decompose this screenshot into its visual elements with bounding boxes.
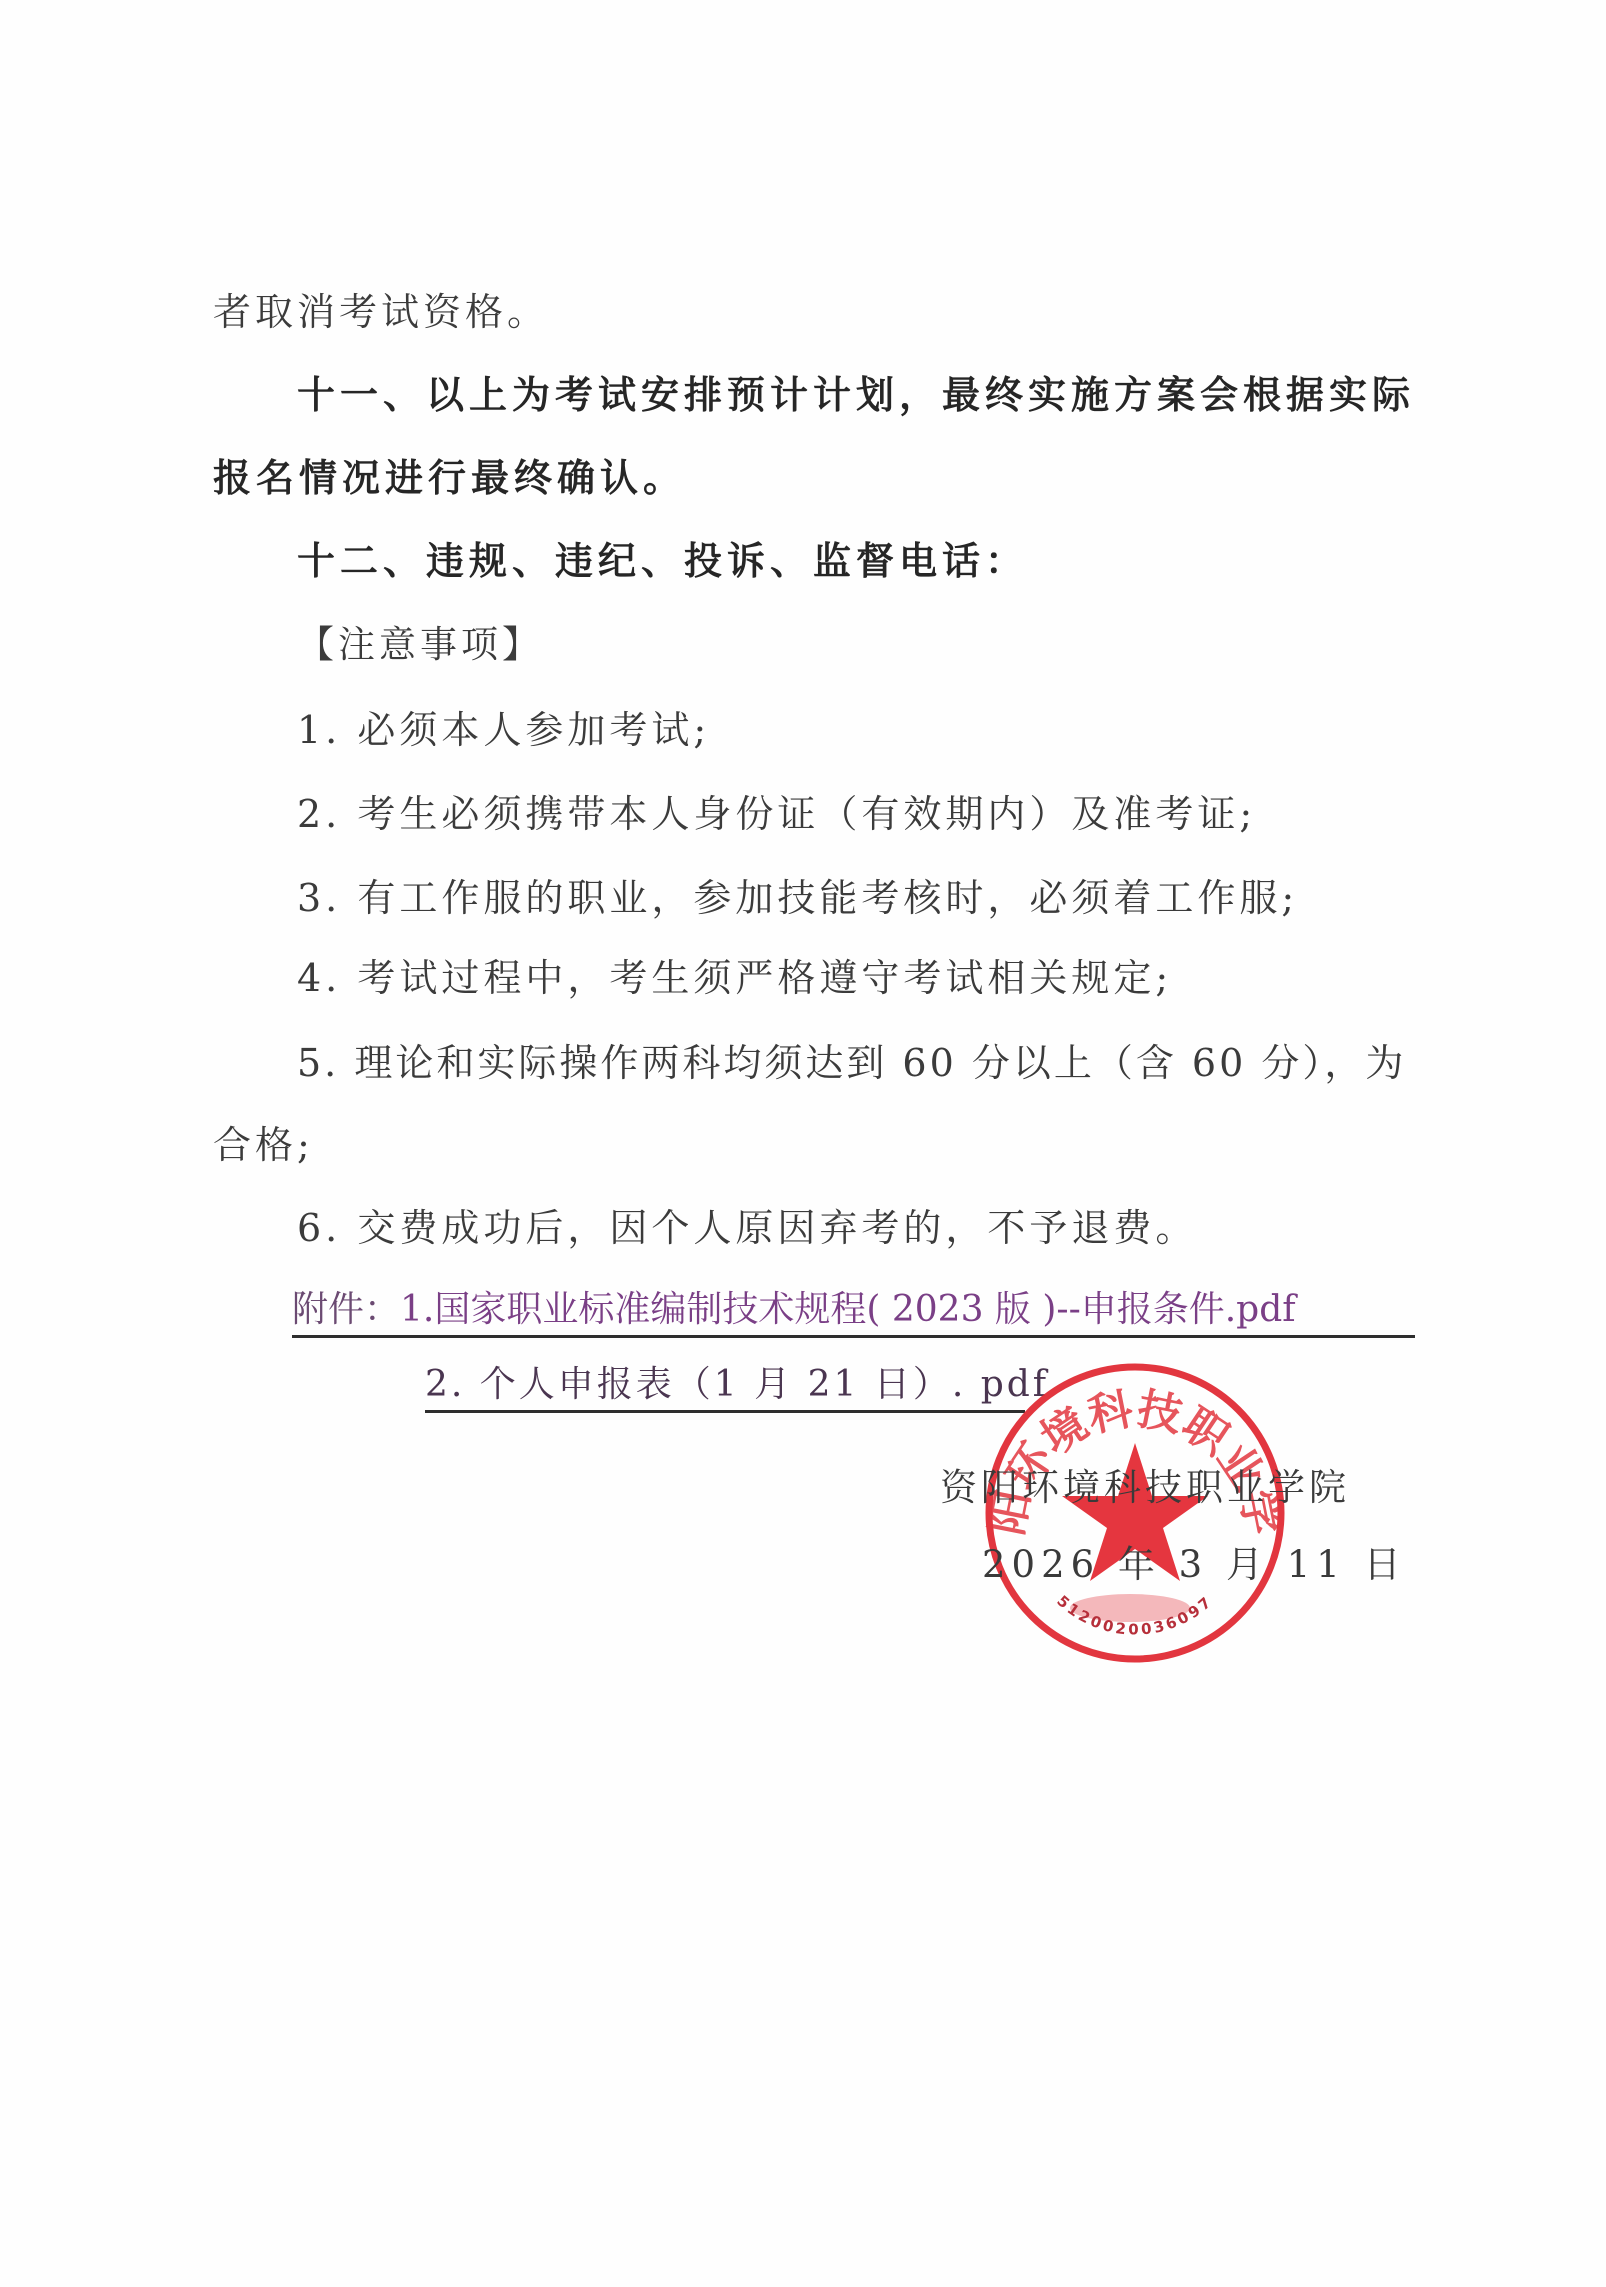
note-item-5-line2: 合格; [213, 1122, 314, 1168]
signature-organization: 资阳环境科技职业学院 [940, 1465, 1350, 1511]
note-item-1: 1. 必须本人参加考试; [297, 707, 710, 753]
paragraph-continuation: 者取消考试资格。 [213, 289, 549, 335]
attachment-link-1[interactable]: 附件：1.国家职业标准编制技术规程( 2023 版 )--申报条件.pdf [292, 1287, 1415, 1338]
paragraph-item-11-line2: 报名情况进行最终确认。 [213, 455, 686, 501]
attachment-link-2[interactable]: 2. 个人申报表（1 月 21 日）. pdf [425, 1362, 1025, 1413]
attachment-1-text: 1.国家职业标准编制技术规程( 2023 版 )--申报条件.pdf [400, 1289, 1296, 1330]
note-item-4: 4. 考试过程中，考生须严格遵守考试相关规定; [297, 955, 1172, 1001]
note-item-6: 6. 交费成功后，因个人原因弃考的，不予退费。 [297, 1205, 1197, 1251]
signature-date: 2026 年 3 月 11 日 [982, 1542, 1407, 1588]
paragraph-item-12: 十二、违规、违纪、投诉、监督电话： [297, 538, 1028, 584]
official-seal: 资阳环境科技职业学院 5120020036097 [980, 1358, 1290, 1668]
note-item-2: 2. 考生必须携带本人身份证（有效期内）及准考证; [297, 791, 1256, 837]
note-item-5-line1: 5. 理论和实际操作两科均须达到 60 分以上（含 60 分），为 [297, 1040, 1406, 1086]
seal-icon: 资阳环境科技职业学院 5120020036097 [980, 1358, 1290, 1668]
document-page: 者取消考试资格。 十一、以上为考试安排预计计划，最终实施方案会根据实际 报名情况… [0, 0, 1606, 2287]
note-item-3: 3. 有工作服的职业，参加技能考核时，必须着工作服; [297, 875, 1298, 921]
notes-heading: 【注意事项】 [297, 622, 543, 668]
paragraph-item-11-line1: 十一、以上为考试安排预计计划，最终实施方案会根据实际 [297, 372, 1415, 418]
attachment-2-text: 2. 个人申报表（1 月 21 日）. pdf [425, 1364, 1049, 1405]
attachments-label: 附件： [292, 1289, 400, 1330]
